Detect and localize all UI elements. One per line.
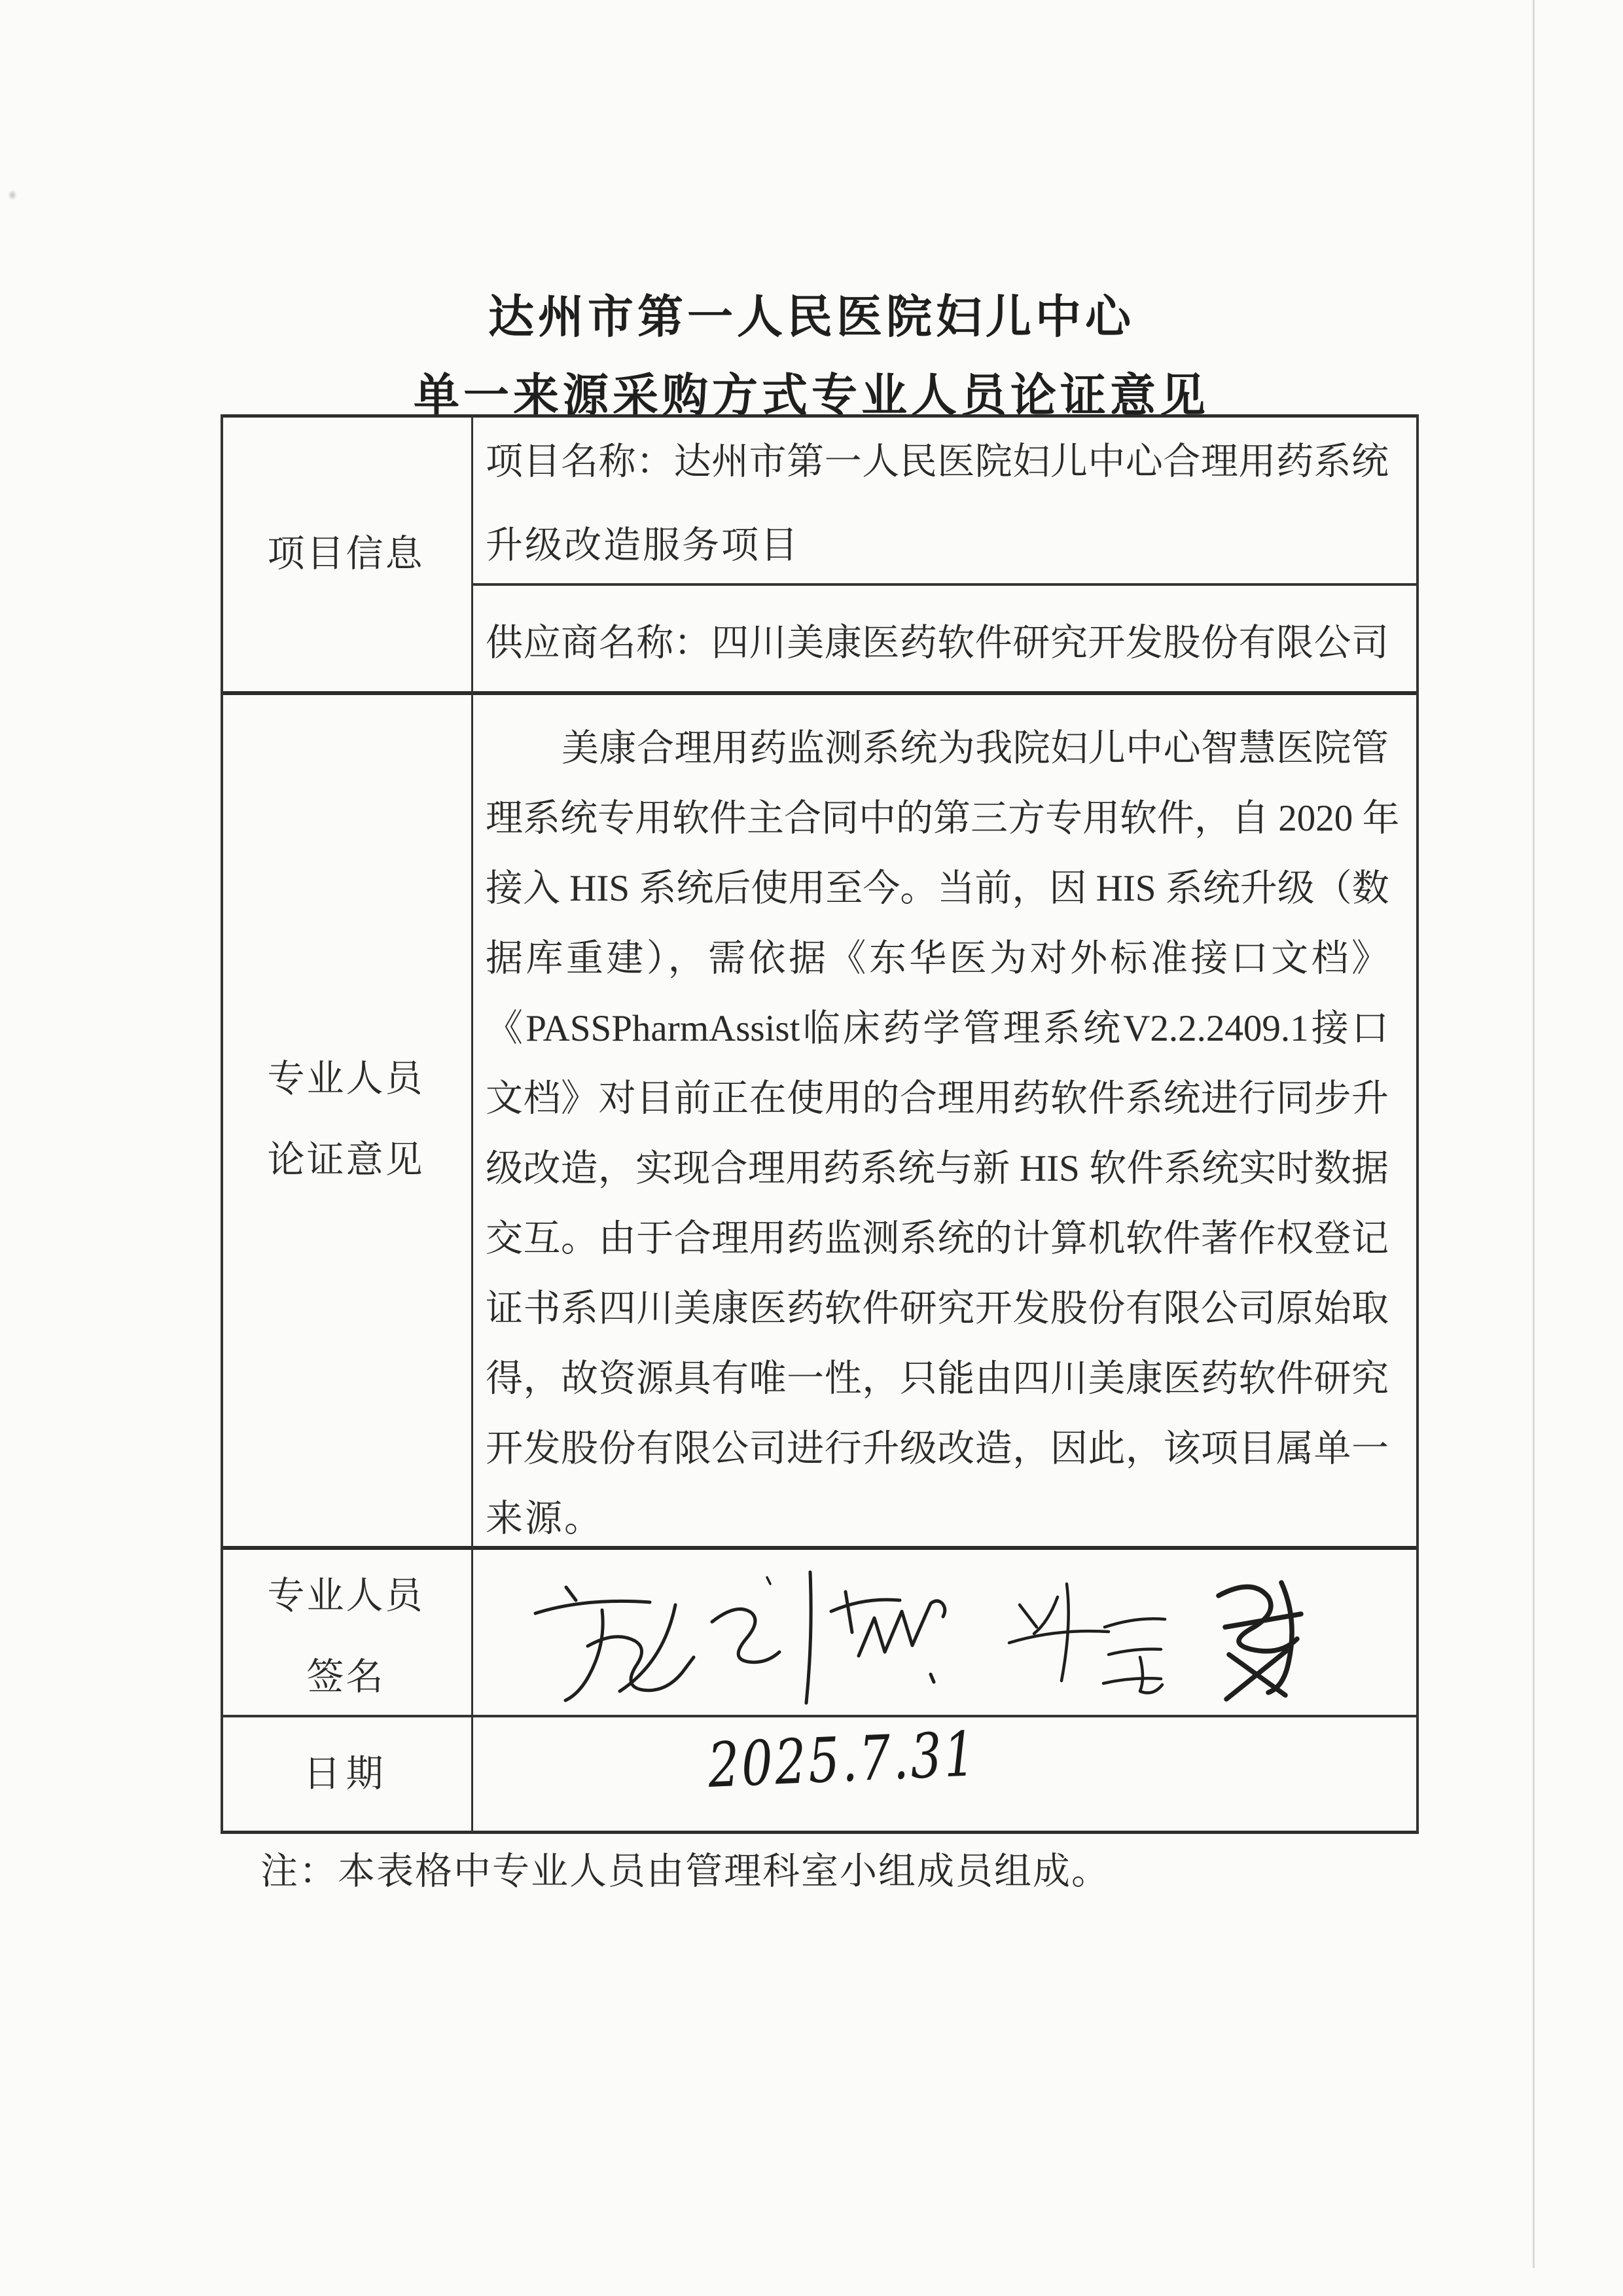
table-divider-row3-row4 <box>221 1715 1419 1717</box>
paragraph-line: 级改造，实现合理用药系统与新 HIS 软件系统实时数据 <box>486 1134 1389 1204</box>
label-opinion-line2: 论证意见 <box>221 1141 471 1179</box>
project-name-line2: 升级改造服务项目 <box>486 504 1389 588</box>
signature-3 <box>1009 1584 1165 1693</box>
paragraph-line: 文档》对目前正在使用的合理用药软件系统进行同步升 <box>486 1064 1389 1134</box>
document-title-line1: 达州市第一人民医院妇儿中心 <box>0 280 1623 346</box>
scan-speck <box>8 190 17 200</box>
paragraph-line: 得，故资源具有唯一性，只能由四川美康医药软件研究 <box>486 1344 1389 1414</box>
label-project-info: 项目信息 <box>221 535 471 573</box>
signature-4 <box>1219 1583 1301 1699</box>
table-border-left <box>221 414 223 1833</box>
date-handwriting: 2025.7.31 <box>707 1724 978 1797</box>
label-date: 日期 <box>221 1755 471 1793</box>
paragraph-line: 美康合理用药监测系统为我院妇儿中心智慧医院管 <box>486 713 1389 783</box>
project-name-line1: 项目名称：达州市第一人民医院妇儿中心合理用药系统 <box>486 420 1389 504</box>
paragraph-line: 开发股份有限公司进行升级改造，因此，该项目属单一 <box>486 1414 1389 1484</box>
signature-1 <box>535 1587 694 1700</box>
label-signature-line2: 签名 <box>221 1659 471 1696</box>
scanned-document-page: 达州市第一人民医院妇儿中心 单一来源采购方式专业人员论证意见 项目信息 项目名称… <box>0 0 1623 2296</box>
cell-project-name: 项目名称：达州市第一人民医院妇儿中心合理用药系统 升级改造服务项目 <box>486 420 1389 588</box>
opinion-paragraph: 美康合理用药监测系统为我院妇儿中心智慧医院管理系统专用软件主合同中的第三方专用软… <box>486 713 1389 1554</box>
paragraph-line: 理系统专用软件主合同中的第三方专用软件，自 2020 年 <box>486 783 1389 853</box>
ink-fleck <box>767 1577 770 1584</box>
paragraph-line: 证书系四川美康医药软件研究开发股份有限公司原始取 <box>486 1274 1389 1344</box>
supplier-name-line: 供应商名称：四川美康医药软件研究开发股份有限公司 <box>486 601 1389 685</box>
cell-supplier-name: 供应商名称：四川美康医药软件研究开发股份有限公司 <box>486 601 1389 685</box>
footnote: 注：本表格中专业人员由管理科室小组成员组成。 <box>260 1852 1110 1892</box>
label-opinion-line1: 专业人员 <box>221 1060 471 1098</box>
table-border-right <box>1416 414 1419 1833</box>
table-column-divider <box>471 414 473 1833</box>
table-divider-row1-row2 <box>221 691 1419 695</box>
signatures-handwriting <box>504 1564 1335 1708</box>
table-border-top <box>221 414 1419 418</box>
paragraph-line: 接入 HIS 系统后使用至今。当前，因 HIS 系统升级（数 <box>486 853 1389 924</box>
table-border-bottom <box>221 1831 1419 1834</box>
paragraph-line: 《PASSPharmAssist临床药学管理系统V2.2.2409.1接口 <box>486 994 1389 1064</box>
paragraph-line: 来源。 <box>486 1484 1389 1554</box>
signature-2 <box>712 1572 945 1703</box>
label-signature-line1: 专业人员 <box>221 1577 471 1615</box>
paragraph-line: 据库重建），需依据《东华医为对外标准接口文档》 <box>486 924 1389 994</box>
paragraph-line: 交互。由于合理用药监测系统的计算机软件著作权登记 <box>486 1204 1389 1274</box>
